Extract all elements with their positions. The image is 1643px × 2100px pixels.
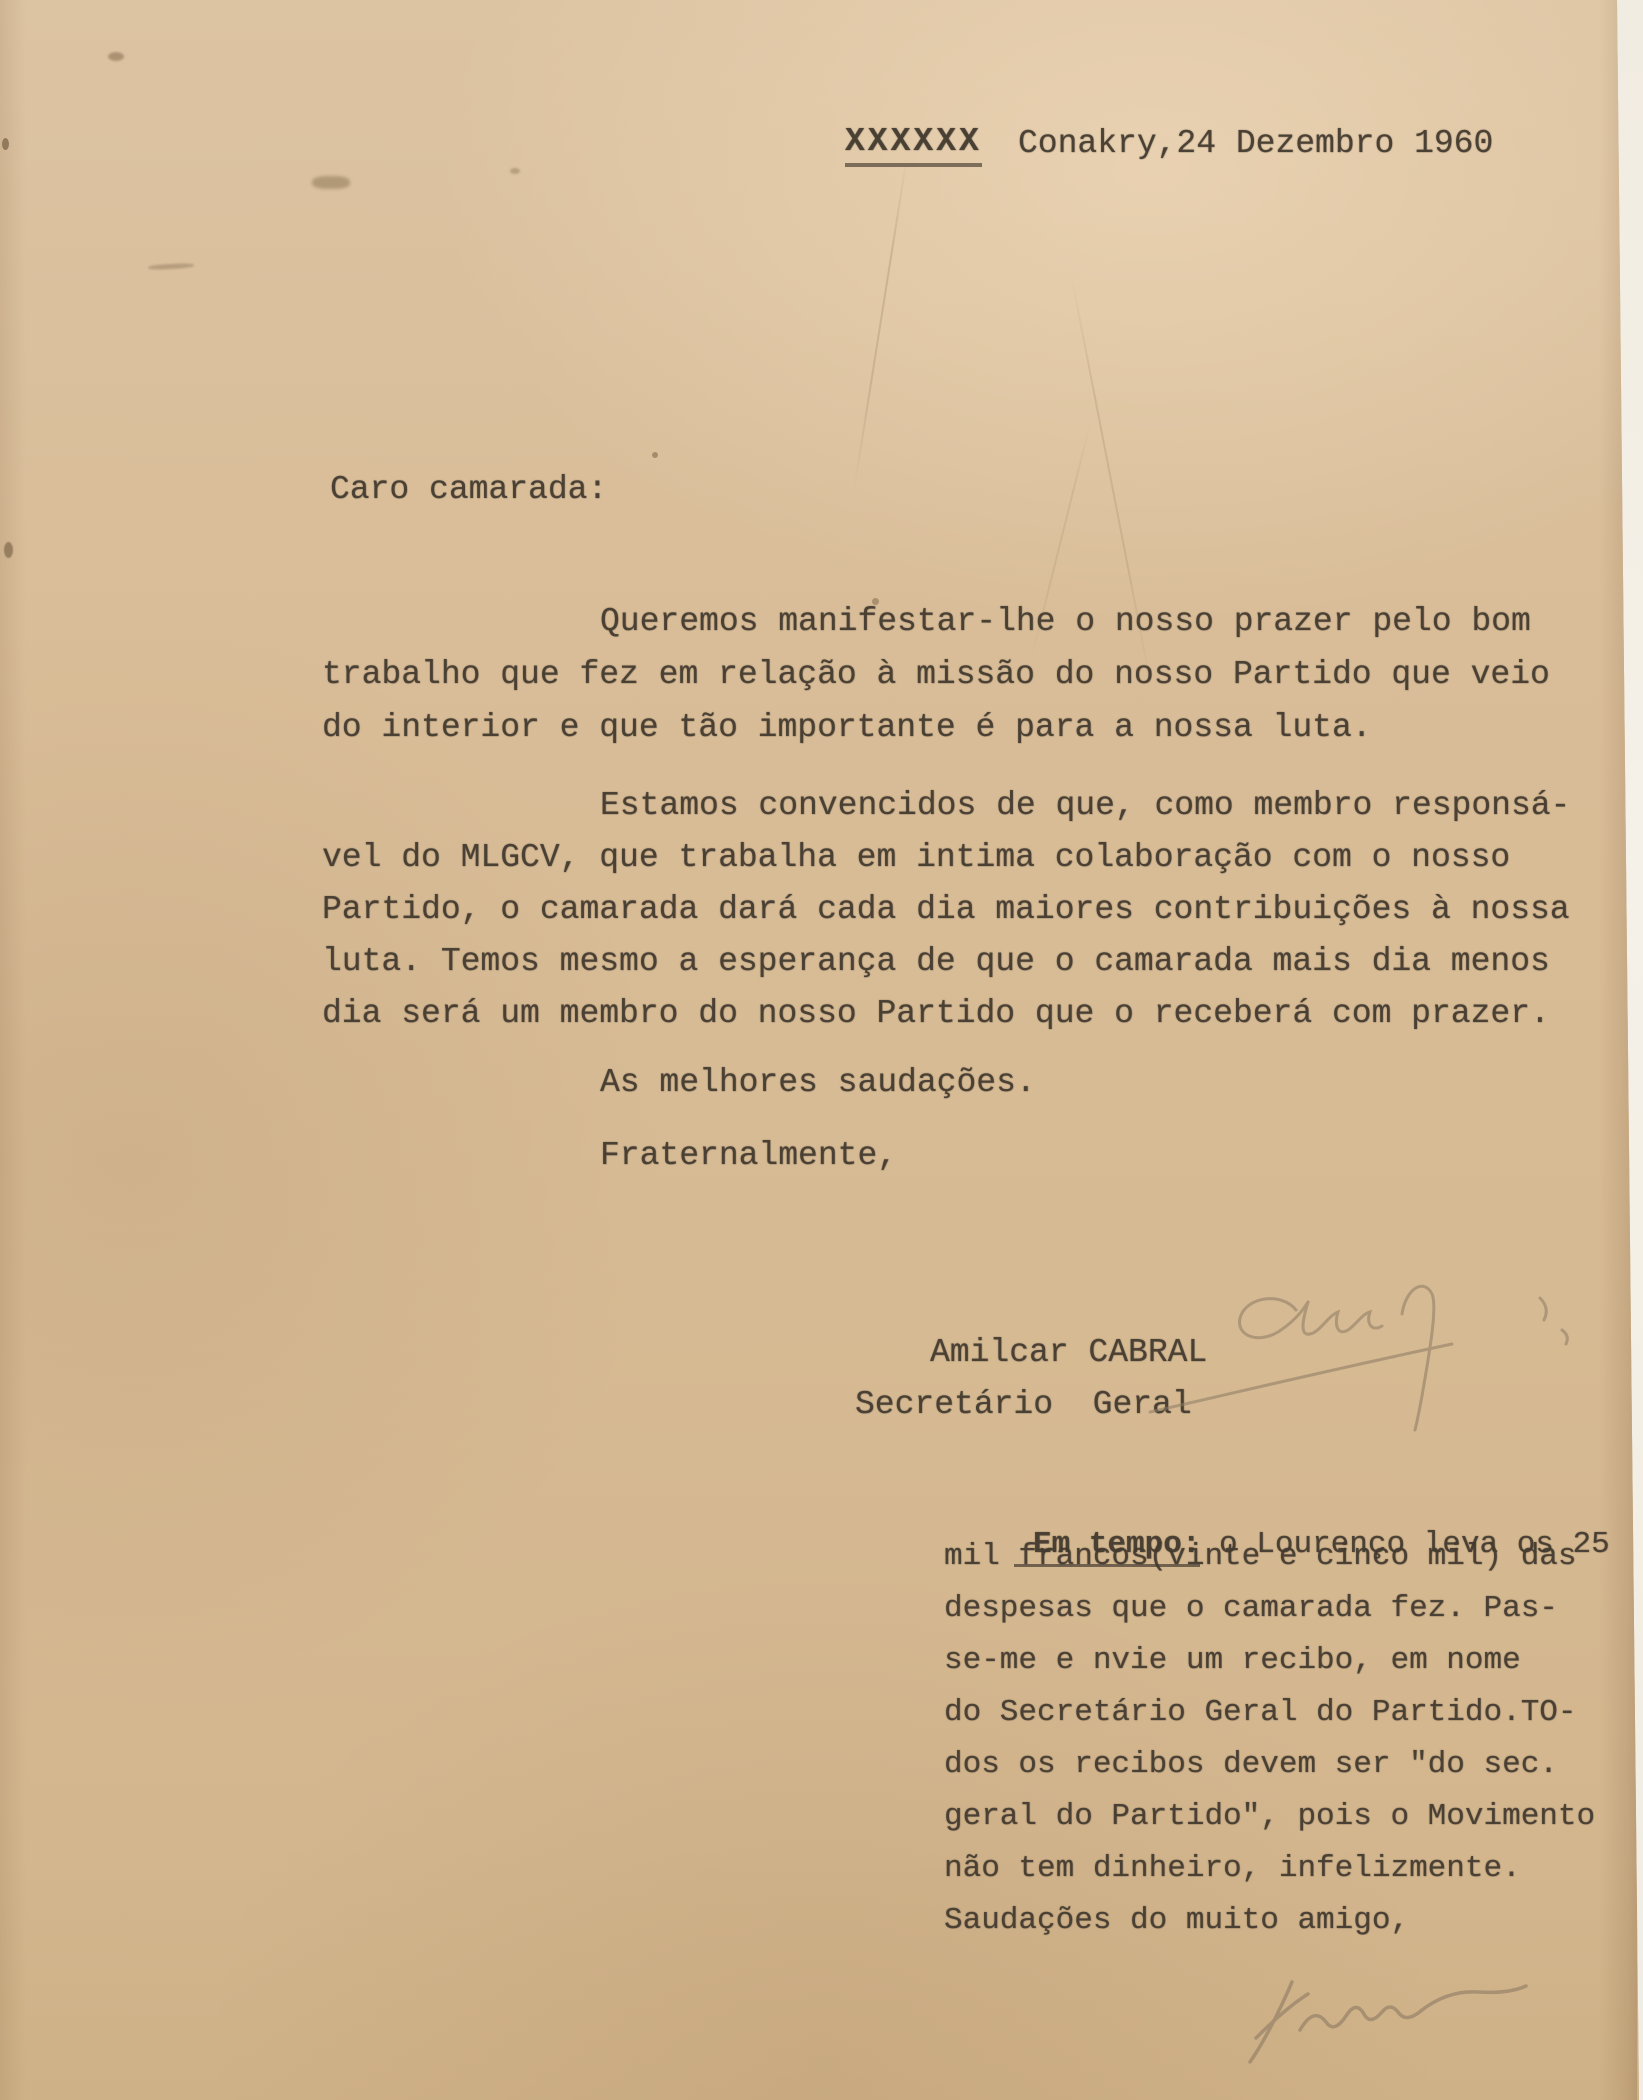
dateline: Conakry,24 Dezembro 1960 — [1018, 124, 1493, 164]
postscript-line: geral do Partido", pois o Movimento — [944, 1797, 1595, 1837]
body-line: do interior e que tão importante é para … — [322, 708, 1372, 748]
letter-sheet: XXXXXX Conakry,24 Dezembro 1960 Caro cam… — [0, 0, 1643, 2100]
paper-speck — [652, 452, 658, 458]
closing-line: As melhores saudações. — [600, 1063, 1036, 1103]
body-line: Partido, o camarada dará cada dia maiore… — [322, 890, 1570, 930]
paper-edge-shadow — [0, 0, 26, 2100]
paper-smudge — [108, 52, 124, 61]
body-line: vel do MLGCV, que trabalha em intima col… — [322, 838, 1510, 878]
paper-speck — [510, 168, 520, 174]
body-line: Queremos manifestar-lhe o nosso prazer p… — [600, 602, 1531, 642]
postscript-line: não tem dinheiro, infelizmente. — [944, 1849, 1521, 1889]
body-line: dia será um membro do nosso Partido que … — [322, 994, 1550, 1034]
redacted-text: XXXXXX — [845, 122, 982, 167]
handwritten-signature-pencil-bottom — [0, 0, 1643, 2100]
body-line: luta. Temos mesmo a esperança de que o c… — [322, 942, 1550, 982]
signature-name: Amilcar CABRAL — [930, 1333, 1207, 1373]
handwritten-signature-pencil-top — [0, 0, 1643, 2100]
postscript-line: despesas que o camarada fez. Pas- — [944, 1589, 1558, 1629]
postscript-line: dos os recibos devem ser "do sec. — [944, 1745, 1558, 1785]
body-line: trabalho que fez em relação à missão do … — [322, 655, 1550, 695]
body-line: Estamos convencidos de que, como membro … — [600, 786, 1570, 826]
postscript-line: do Secretário Geral do Partido.TO- — [944, 1693, 1577, 1733]
postscript-line: se-me e nvie um recibo, em nome — [944, 1641, 1521, 1681]
postscript-line: mil francos(vinte e cinco mil) das — [944, 1537, 1577, 1577]
salutation: Caro camarada: — [330, 470, 607, 510]
scan-background: { "document": { "header": { "redaction":… — [0, 0, 1643, 2100]
paper-smudge — [148, 263, 194, 270]
closing-line: Fraternalmente, — [600, 1136, 897, 1176]
signature-title: Secretário Geral — [855, 1385, 1192, 1425]
paper-edge-shadow — [1599, 0, 1637, 2100]
paper-crease — [853, 152, 908, 488]
postscript-line: Saudações do muito amigo, — [944, 1901, 1409, 1941]
paper-smudge — [312, 176, 350, 189]
